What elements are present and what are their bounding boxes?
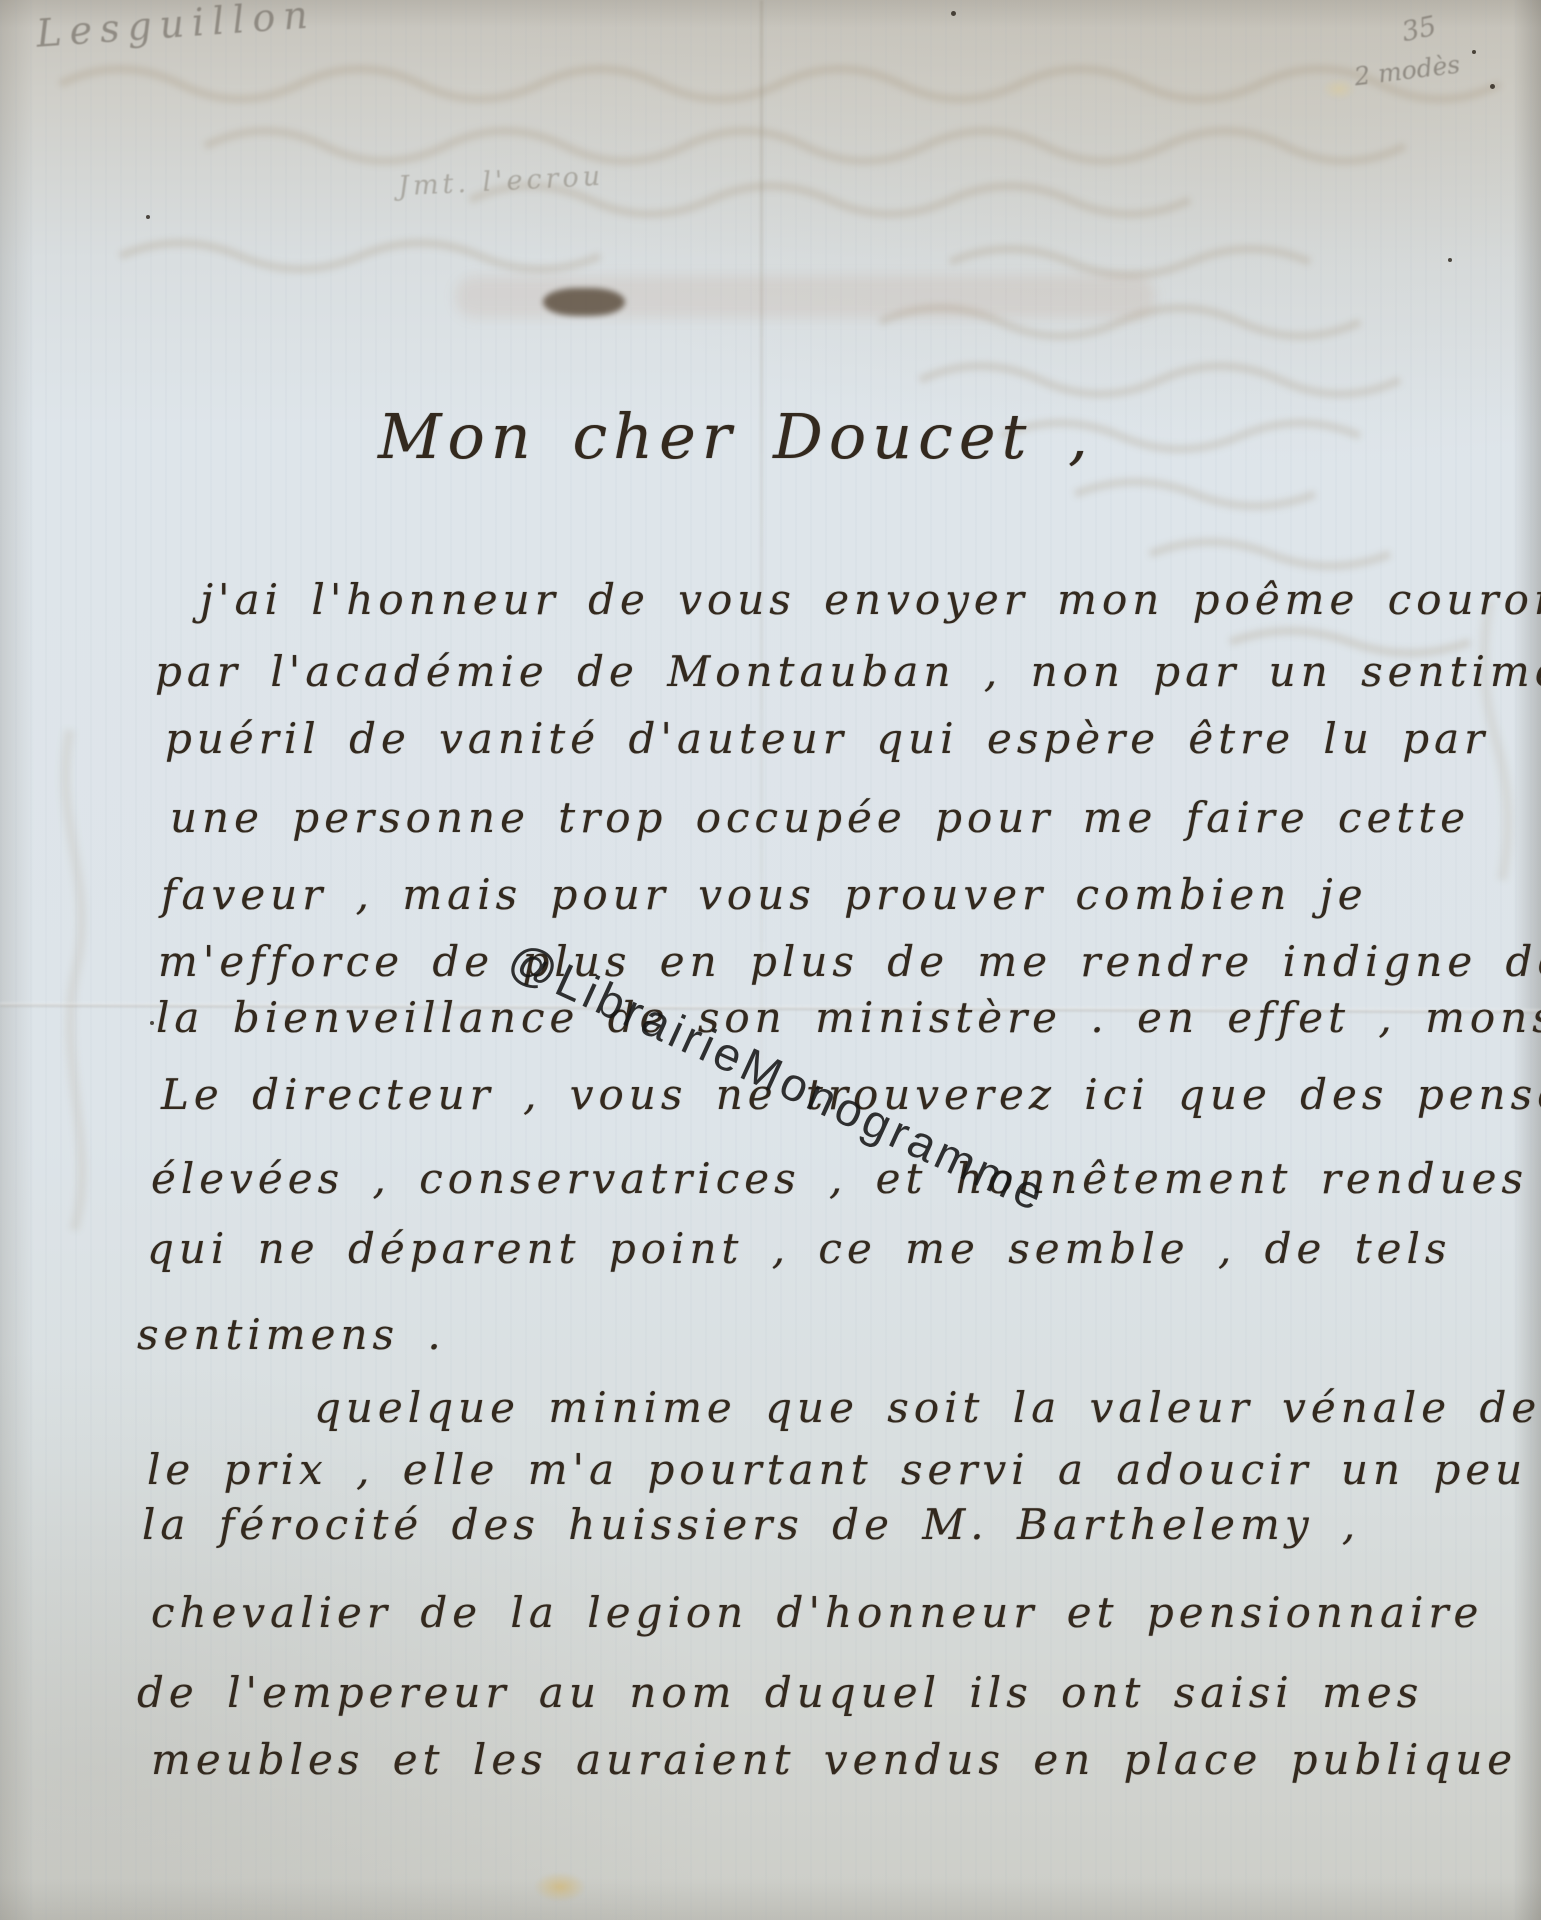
pencil-note-author: Lesguillon	[35, 0, 317, 56]
letter-line: j'ai l'honneur de vous envoyer mon poême…	[200, 575, 1541, 624]
letter-line: une personne trop occupée pour me faire …	[170, 793, 1470, 842]
pencil-note-center: Jmt. l'ecrou	[397, 161, 604, 203]
letter-line: meubles et les auraient vendus en place …	[151, 1735, 1517, 1784]
letter-page: Lesguillon 35 2 modès Jmt. l'ecrou Mon c…	[0, 0, 1541, 1920]
stain-cream	[1322, 78, 1356, 100]
ink-speck	[1448, 258, 1452, 262]
salutation: Mon cher Doucet ,	[378, 400, 1094, 473]
ink-smudge	[543, 288, 625, 316]
letter-line: élevées , conservatrices , et honnêtemen…	[151, 1154, 1541, 1203]
letter-line: la férocité des huissiers de M. Barthele…	[142, 1500, 1360, 1549]
letter-line: qui ne déparent point , ce me semble , d…	[147, 1224, 1451, 1273]
pencil-note-price: 35	[1399, 11, 1439, 48]
ink-speck	[1490, 84, 1495, 89]
letter-line: sentimens .	[137, 1310, 446, 1359]
pencil-note-count: 2 modès	[1353, 50, 1462, 92]
letter-line: par l'académie de Montauban , non par un…	[155, 647, 1541, 696]
letter-line: de l'empereur au nom duquel ils ont sais…	[137, 1668, 1423, 1717]
letter-line: chevalier de la legion d'honneur et pens…	[151, 1588, 1483, 1637]
ink-speck	[951, 11, 956, 16]
letter-line: le prix , elle m'a pourtant servi a adou…	[147, 1445, 1527, 1494]
ink-speck	[150, 1021, 154, 1025]
letter-line: puéril de vanité d'auteur qui espère êtr…	[165, 714, 1489, 763]
ink-speck	[1472, 50, 1476, 54]
letter-line: faveur , mais pour vous prouver combien …	[161, 870, 1368, 919]
letter-line: la bienveillance de son ministère . en e…	[156, 993, 1541, 1042]
ink-speck	[146, 215, 150, 219]
letter-line: quelque minime que soit la valeur vénale…	[314, 1383, 1541, 1432]
letter-line: m'efforce de plus en plus de me rendre i…	[158, 937, 1541, 986]
stain-yellow	[534, 1872, 586, 1902]
